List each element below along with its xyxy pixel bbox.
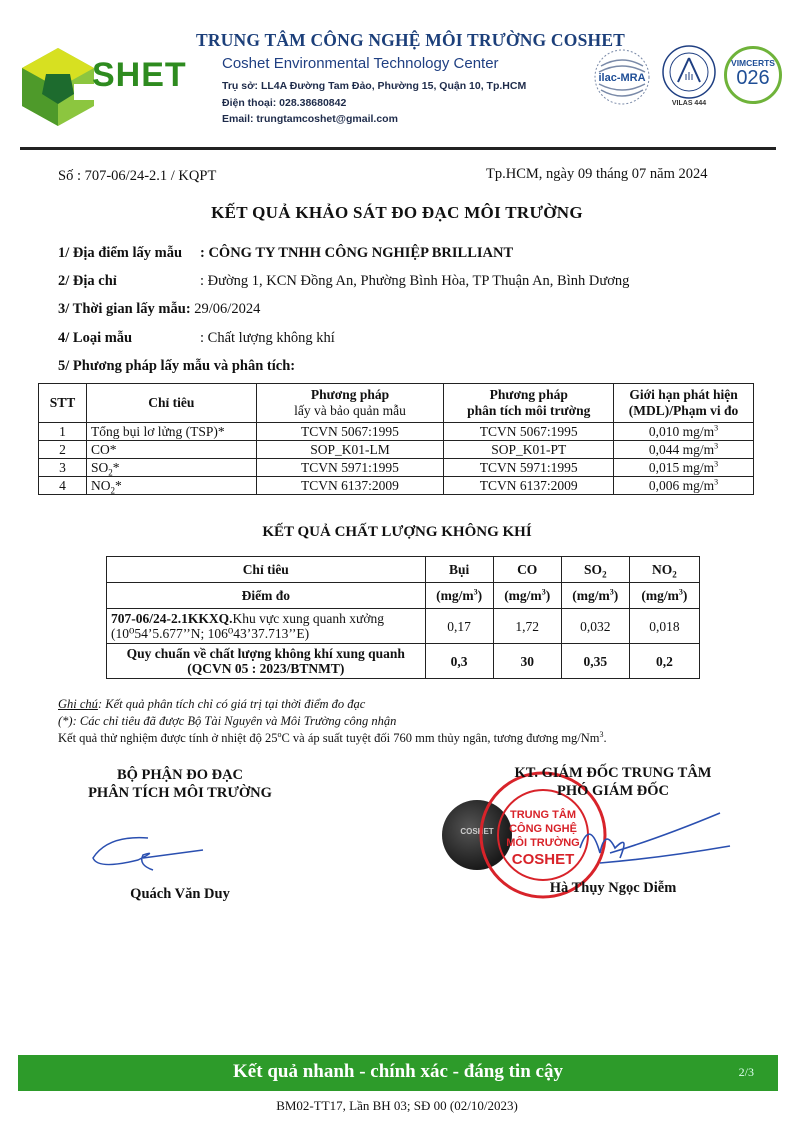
logo-wordmark: SHET (92, 56, 187, 95)
document-number: Số : 707-06/24-2.1 / KQPT (58, 168, 216, 185)
info-label: 1/ Địa điểm lấy mẫu (58, 245, 200, 262)
cell-stt: 1 (39, 423, 87, 441)
vimcerts-badge: VIMCERTS 026 (724, 46, 782, 104)
cell-no2-limit: 0,2 (629, 644, 699, 679)
info-address: 2/ Địa chỉ: Đường 1, KCN Đồng An, Phường… (58, 273, 629, 290)
cell-sample-location: 707-06/24-2.1KKXQ.Khu vực xung quanh xưở… (107, 609, 426, 644)
hexagon-logo-icon (18, 44, 98, 128)
slogan-banner: Kết quả nhanh - chính xác - đáng tin cậy… (18, 1055, 778, 1091)
cell-stt: 2 (39, 441, 87, 459)
cell-parameter: Tổng bụi lơ lửng (TSP)* (86, 423, 256, 441)
table-header-row: Điểm đo (mg/m3) (mg/m3) (mg/m3) (mg/m3) (107, 583, 700, 609)
slogan-text: Kết quả nhanh - chính xác - đáng tin cậy (18, 1061, 778, 1083)
right-signatory-name: Hà Thụy Ngọc Diễm (478, 880, 748, 897)
cell-analysis: TCVN 6137:2009 (444, 477, 614, 495)
col-header-dust: Bụi (425, 557, 493, 583)
cell-analysis: TCVN 5067:1995 (444, 423, 614, 441)
page-title: KẾT QUẢ KHẢO SÁT ĐO ĐẠC MÔI TRƯỜNG (0, 203, 794, 223)
col-header-so2: SO2 (561, 557, 629, 583)
info-value: : Chất lượng không khí (200, 330, 335, 346)
info-sampling-time: 3/ Thời gian lấy mẫu: 29/06/2024 (58, 301, 260, 318)
org-phone: Điện thoại: 028.38680842 (222, 97, 346, 109)
cell-stt: 4 (39, 477, 87, 495)
cell-analysis: SOP_K01-PT (444, 441, 614, 459)
col-header-analysis-method: Phương phápphân tích môi trường (444, 384, 614, 423)
col-header-mdl: Giới hạn phát hiện(MDL)/Phạm vi đo (614, 384, 754, 423)
unit-so2: (mg/m3) (561, 583, 629, 609)
cell-mdl: 0,044 mg/m3 (614, 441, 754, 459)
page-number: 2/3 (739, 1065, 754, 1080)
info-label: 3/ Thời gian lấy mẫu: (58, 301, 191, 318)
info-label: 2/ Địa chỉ (58, 273, 200, 290)
col-header-parameter: Chỉ tiêu (86, 384, 256, 423)
info-label: 5/ Phương pháp lấy mẫu và phân tích: (58, 358, 295, 375)
table-row: 707-06/24-2.1KKXQ.Khu vực xung quanh xưở… (107, 609, 700, 644)
org-address: Trụ sở: LL4A Đường Tam Đảo, Phường 15, Q… (222, 80, 526, 92)
note-line-2: (*): Các chỉ tiêu đã được Bộ Tài Nguyên … (58, 713, 607, 730)
col-header-point: Điểm đo (107, 583, 426, 609)
table-header-row: STT Chỉ tiêu Phương pháplấy và bảo quản … (39, 384, 754, 423)
info-value: : Đường 1, KCN Đồng An, Phường Bình Hòa,… (200, 273, 629, 289)
org-email: Email: trungtamcoshet@gmail.com (222, 113, 398, 125)
cell-mdl: 0,010 mg/m3 (614, 423, 754, 441)
info-label: 4/ Loại mẫu (58, 330, 200, 347)
cell-mdl: 0,006 mg/m3 (614, 477, 754, 495)
col-header-stt: STT (39, 384, 87, 423)
cell-sampling: SOP_K01-LM (256, 441, 444, 459)
note-line-1: Ghi chú: Kết quả phân tích chỉ có giá tr… (58, 696, 607, 713)
notes: Ghi chú: Kết quả phân tích chỉ có giá tr… (58, 696, 607, 747)
left-signatory-title: BỘ PHẬN ĐO ĐẠC PHÂN TÍCH MÔI TRƯỜNG (60, 766, 300, 802)
cell-no2-value: 0,018 (629, 609, 699, 644)
org-title: TRUNG TÂM CÔNG NGHỆ MÔI TRƯỜNG COSHET (196, 30, 625, 51)
info-value: : CÔNG TY TNHH CÔNG NGHIỆP BRILLIANT (200, 245, 513, 261)
cell-co-value: 1,72 (493, 609, 561, 644)
cell-parameter: NO2* (86, 477, 256, 495)
right-signature-icon (560, 808, 740, 878)
unit-no2: (mg/m3) (629, 583, 699, 609)
cell-standard-label: Quy chuẩn về chất lượng không khí xung q… (107, 644, 426, 679)
header-divider (20, 147, 776, 150)
table-row: 2 CO* SOP_K01-LM SOP_K01-PT 0,044 mg/m3 (39, 441, 754, 459)
col-header-sampling-method: Phương pháplấy và bảo quản mẫu (256, 384, 444, 423)
info-sampling-site: 1/ Địa điểm lấy mẫu: CÔNG TY TNHH CÔNG N… (58, 245, 513, 262)
info-sample-type: 4/ Loại mẫu: Chất lượng không khí (58, 330, 335, 347)
cell-so2-limit: 0,35 (561, 644, 629, 679)
table-row: 3 SO2* TCVN 5971:1995 TCVN 5971:1995 0,0… (39, 459, 754, 477)
table-row: 1 Tổng bụi lơ lửng (TSP)* TCVN 5067:1995… (39, 423, 754, 441)
table-header-row: Chỉ tiêu Bụi CO SO2 NO2 (107, 557, 700, 583)
left-signature-icon (88, 830, 208, 875)
cell-sampling: TCVN 6137:2009 (256, 477, 444, 495)
ilac-mra-icon: ilac-MRA (593, 48, 651, 106)
cell-parameter: CO* (86, 441, 256, 459)
col-header-parameter: Chỉ tiêu (107, 557, 426, 583)
cell-mdl: 0,015 mg/m3 (614, 459, 754, 477)
cell-analysis: TCVN 5971:1995 (444, 459, 614, 477)
info-value: 29/06/2024 (191, 301, 261, 317)
unit-co: (mg/m3) (493, 583, 561, 609)
form-code: BM02-TT17, Lần BH 03; SĐ 00 (02/10/2023) (0, 1098, 794, 1114)
cell-so2-value: 0,032 (561, 609, 629, 644)
cell-dust-value: 0,17 (425, 609, 493, 644)
vilas-badge: VILAS 444 (660, 44, 718, 110)
document-date: Tp.HCM, ngày 09 tháng 07 năm 2024 (486, 166, 708, 183)
right-signatory-title: KT. GIÁM ĐỐC TRUNG TÂM PHÓ GIÁM ĐỐC (478, 764, 748, 800)
cell-stt: 3 (39, 459, 87, 477)
col-header-no2: NO2 (629, 557, 699, 583)
note-line-3: Kết quả thử nghiệm được tính ở nhiệt độ … (58, 730, 607, 747)
results-table: Chỉ tiêu Bụi CO SO2 NO2 Điểm đo (mg/m3) … (106, 556, 700, 679)
ilac-mra-badge: ilac-MRA (593, 48, 651, 106)
cell-sampling: TCVN 5971:1995 (256, 459, 444, 477)
table-row: 4 NO2* TCVN 6137:2009 TCVN 6137:2009 0,0… (39, 477, 754, 495)
vilas-label: VILAS 444 (660, 100, 718, 107)
col-header-co: CO (493, 557, 561, 583)
left-signatory-name: Quách Văn Duy (60, 886, 300, 903)
vimcerts-number: 026 (727, 68, 779, 88)
info-method-heading: 5/ Phương pháp lấy mẫu và phân tích: (58, 358, 295, 375)
cell-dust-limit: 0,3 (425, 644, 493, 679)
accreditation-seal-icon (660, 44, 718, 100)
table-row: Quy chuẩn về chất lượng không khí xung q… (107, 644, 700, 679)
cell-parameter: SO2* (86, 459, 256, 477)
org-name-english: Coshet Environmental Technology Center (222, 55, 499, 72)
cell-co-limit: 30 (493, 644, 561, 679)
unit-dust: (mg/m3) (425, 583, 493, 609)
results-title: KẾT QUẢ CHẤT LƯỢNG KHÔNG KHÍ (0, 524, 794, 541)
methods-table: STT Chỉ tiêu Phương pháplấy và bảo quản … (38, 383, 754, 495)
svg-text:ilac-MRA: ilac-MRA (598, 72, 645, 84)
cell-sampling: TCVN 5067:1995 (256, 423, 444, 441)
